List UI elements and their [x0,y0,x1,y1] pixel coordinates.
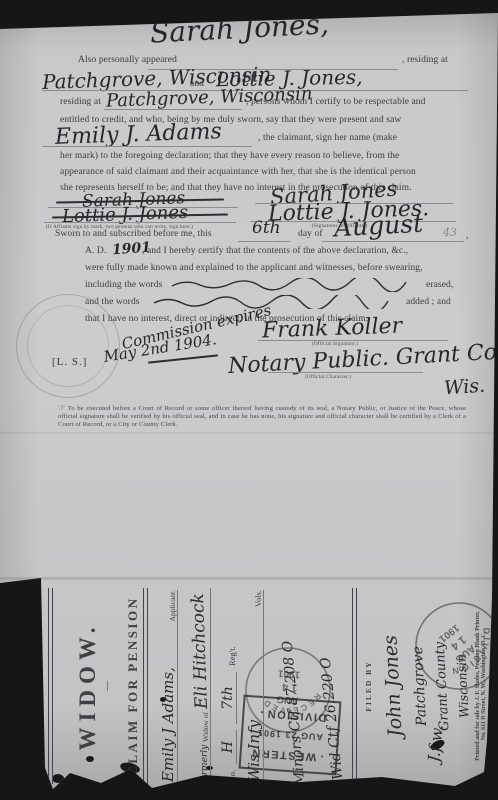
docket-rule [352,588,357,784]
fold-line [0,432,498,434]
applicant-label: Applicant. [168,590,177,621]
notary-signature: Frank Koller [262,314,403,344]
added-label: added ; and [406,297,451,307]
blank-line [42,146,252,147]
residing-at-label: residing at [60,97,101,107]
blank-line [238,241,290,242]
regiment-value: 7th [220,672,237,724]
regt-label: Reg't. [227,646,237,666]
comma: , [466,231,468,241]
docket-panel: WIDOW. — CLAIM FOR PENSION Emily J Adams… [46,582,492,790]
body-line6: her mark) to the foregoing declaration; … [60,151,399,161]
formerly-note: formerly [200,745,210,784]
sworn-text: Sworn to and subscribed before me, this [55,229,212,239]
character-line [268,372,423,373]
docket-soldier-name: Eli Hitchcock [188,593,212,709]
fist-icon: ☞ [58,403,65,412]
jurat-day: 6th [252,218,281,238]
scanned-document: Also personally appeared Sarah Jones, , … [0,0,498,800]
docket-rule [48,588,53,784]
vols-label: Vols. [253,590,263,607]
filed-by-label: FILED BY [364,660,373,711]
clerk-initials: J.f.w. [424,724,447,763]
body-line7: appearance of said claimant and their ac… [60,167,416,177]
embossed-seal-inner [27,305,109,387]
footnote-text: To be executed before a Court of Record … [58,405,466,428]
pencil-acknowledged-note: acknowledged J J [8,677,22,782]
execution-footnote: ☞ To be executed before a Court of Recor… [58,404,466,430]
signature-line [44,222,236,223]
including-label: including the words [85,280,162,290]
notary-character: Notary Public. Grant Co [228,340,498,379]
fold-line [0,577,498,580]
docket-title: WIDOW. [75,621,101,750]
official-character-caption: (Official Character.) [305,374,351,380]
notary-state: Wis. [443,375,485,400]
ls-seal-label: [L. S.] [52,356,87,368]
jurat-line3: were fully made known and explained to t… [85,263,423,273]
printer-imprint-line2: No. 611 D Street, N. W., Washington, D. … [481,632,487,740]
residing-at-suffix: , residing at [402,55,448,65]
jurat-month: August [333,209,424,243]
paper-sheet: Also personally appeared Sarah Jones, , … [0,0,498,800]
docket-applicant-name: Emily J Adams, [159,667,177,782]
certify-text: , persons whom I certify to be respectab… [246,97,426,107]
body-line5-suffix: , the claimant, sign her name (make [258,133,397,143]
margin-note: 43 [443,226,457,239]
pencil-initials: HLC [0,782,6,800]
erased-squiggle [170,278,410,292]
erased-label: erased, [426,280,453,290]
co-label: Co. [227,770,237,782]
witness1-signature: Sarah Jones, [149,7,329,49]
widow-of-label: Widow of [201,712,210,742]
added-squiggle [152,295,392,309]
unit-value: Wis Infy [245,720,263,782]
blank-line [104,109,242,110]
filer-name: John Jones [380,635,407,738]
filer-state: Wisconsin [453,654,471,719]
docket-rule [143,588,148,784]
docket-rotated: WIDOW. — CLAIM FOR PENSION Emily J Adams… [46,582,492,790]
appeared-label: Also personally appeared [78,55,177,65]
docket-divider: — [102,681,113,691]
docket-subtitle: CLAIM FOR PENSION [125,597,141,776]
day-of-label: day of [298,229,323,239]
jurat-certify: , and I hereby certify that the contents… [142,246,408,256]
blank-line [322,241,464,242]
company-value: H [220,730,237,764]
official-signature-caption: (Official Signature.) [312,341,358,347]
ad-label: A. D. [85,246,106,256]
